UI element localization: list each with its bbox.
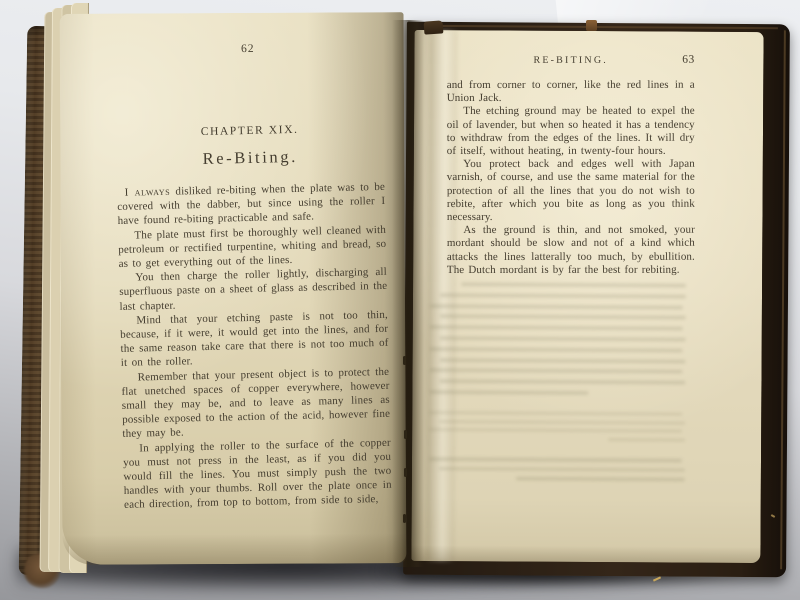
binding-stitch: [404, 430, 407, 439]
left-page: 62 CHAPTER XIX. Re-Biting. I always disl…: [60, 12, 407, 565]
page-number: 62: [114, 40, 382, 58]
right-page: RE-BITING. 63 and from corner to corner,…: [411, 30, 763, 563]
body-paragraph: As the ground is thin, and not smoked, y…: [447, 224, 695, 277]
cover-tab: [586, 20, 597, 31]
binding-stitch: [403, 356, 406, 365]
chapter-heading: CHAPTER XIX.: [116, 122, 384, 140]
bleed-through-text: [429, 457, 685, 487]
body-paragraph: The etching ground may be heated to expe…: [447, 105, 695, 158]
binding-stitch: [403, 514, 406, 523]
bleed-through-text: [429, 411, 685, 447]
body-text: and from corner to corner, like the red …: [447, 79, 695, 277]
cover-edge-trim: [437, 25, 778, 29]
cover-edge-trim: [780, 30, 786, 569]
paragraph-lead: I always: [125, 186, 171, 199]
body-paragraph: You then charge the roller lightly, disc…: [119, 265, 388, 314]
running-header: RE-BITING.: [533, 55, 608, 66]
bleed-through-text: [429, 282, 686, 402]
body-paragraph: and from corner to corner, like the red …: [447, 79, 695, 106]
book-photo: 62 CHAPTER XIX. Re-Biting. I always disl…: [0, 0, 800, 600]
body-paragraph: Remember that your present object is to …: [121, 364, 391, 441]
body-paragraph: Mind that your etching paste is not too …: [120, 308, 389, 371]
body-paragraph: The plate must first be thoroughly well …: [118, 222, 387, 271]
body-text: I always disliked re-biting when the pla…: [117, 180, 392, 513]
running-header-row: RE-BITING. 63: [447, 55, 695, 66]
right-page-text: RE-BITING. 63 and from corner to corner,…: [447, 55, 695, 277]
page-number: 63: [682, 54, 695, 66]
binding-stitch: [404, 468, 407, 477]
spine-top-tab: [424, 20, 444, 34]
body-paragraph: In applying the roller to the surface of…: [123, 435, 393, 512]
chapter-title: Re-Biting.: [116, 145, 384, 171]
left-page-text: 62 CHAPTER XIX. Re-Biting. I always disl…: [114, 40, 393, 513]
book-gutter: [392, 20, 424, 567]
body-paragraph: I always disliked re-biting when the pla…: [117, 180, 386, 229]
body-paragraph: You protect back and edges well with Jap…: [447, 158, 695, 224]
